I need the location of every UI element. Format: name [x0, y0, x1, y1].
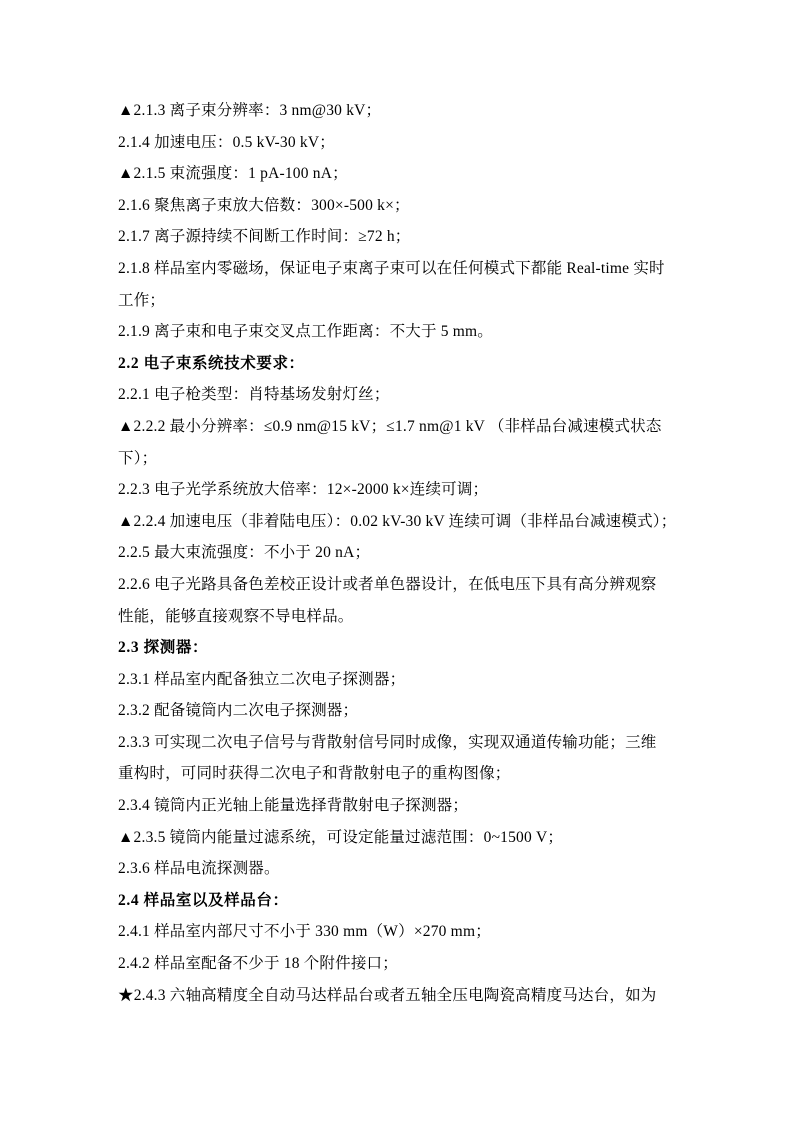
- text-line: 2.1.9 离子束和电子束交叉点工作距离：不大于 5 mm。: [118, 316, 680, 348]
- spec-item: ▲2.1.3 离子束分辨率：3 nm@30 kV；: [118, 95, 680, 127]
- spec-item: 2.3.2 配备镜筒内二次电子探测器；: [118, 695, 680, 727]
- text-line: 性能，能够直接观察不导电样品。: [118, 601, 680, 633]
- spec-item: ▲2.3.5 镜筒内能量过滤系统，可设定能量过滤范围：0~1500 V；: [118, 822, 680, 854]
- text-line: 2.1.4 加速电压：0.5 kV-30 kV；: [118, 127, 680, 159]
- spec-item: 2.4.1 样品室内部尺寸不小于 330 mm（W）×270 mm；: [118, 916, 680, 948]
- spec-item: 2.2.6 电子光路具备色差校正设计或者单色器设计，在低电压下具有高分辨观察性能…: [118, 569, 680, 632]
- text-line: 2.2.5 最大束流强度：不小于 20 nA；: [118, 537, 680, 569]
- spec-item: ▲2.2.4 加速电压（非着陆电压）：0.02 kV-30 kV 连续可调（非样…: [118, 506, 680, 538]
- text-line: 2.4.1 样品室内部尺寸不小于 330 mm（W）×270 mm；: [118, 916, 680, 948]
- spec-item: 2.4.2 样品室配备不少于 18 个附件接口；: [118, 948, 680, 980]
- text-line: 2.3.1 样品室内配备独立二次电子探测器；: [118, 664, 680, 696]
- section-heading: 2.3 探测器：: [118, 632, 680, 664]
- text-line: 2.4 样品室以及样品台：: [118, 885, 680, 917]
- text-line: 2.2.1 电子枪类型：肖特基场发射灯丝；: [118, 379, 680, 411]
- spec-item: 2.2.1 电子枪类型：肖特基场发射灯丝；: [118, 379, 680, 411]
- text-line: 下）；: [118, 443, 680, 475]
- text-line: 2.1.8 样品室内零磁场，保证电子束离子束可以在任何模式下都能 Real-ti…: [118, 253, 680, 285]
- spec-item: 2.3.1 样品室内配备独立二次电子探测器；: [118, 664, 680, 696]
- spec-item: 2.1.4 加速电压：0.5 kV-30 kV；: [118, 127, 680, 159]
- text-line: 2.1.6 聚焦离子束放大倍数：300×-500 k×；: [118, 190, 680, 222]
- text-line: 2.4.2 样品室配备不少于 18 个附件接口；: [118, 948, 680, 980]
- text-line: 2.3.2 配备镜筒内二次电子探测器；: [118, 695, 680, 727]
- spec-item: 2.3.3 可实现二次电子信号与背散射信号同时成像，实现双通道传输功能；三维重构…: [118, 727, 680, 790]
- spec-item: 2.1.7 离子源持续不间断工作时间：≥72 h；: [118, 221, 680, 253]
- spec-item: ▲2.2.2 最小分辨率：≤0.9 nm@15 kV；≤1.7 nm@1 kV …: [118, 411, 680, 474]
- document-content: ▲2.1.3 离子束分辨率：3 nm@30 kV；2.1.4 加速电压：0.5 …: [118, 95, 680, 1011]
- spec-item: 2.1.8 样品室内零磁场，保证电子束离子束可以在任何模式下都能 Real-ti…: [118, 253, 680, 316]
- text-line: ▲2.1.3 离子束分辨率：3 nm@30 kV；: [118, 95, 680, 127]
- spec-item: 2.2.3 电子光学系统放大倍率：12×-2000 k×连续可调；: [118, 474, 680, 506]
- section-heading: 2.2 电子束系统技术要求：: [118, 348, 680, 380]
- spec-item: 2.3.6 样品电流探测器。: [118, 853, 680, 885]
- spec-item: 2.2.5 最大束流强度：不小于 20 nA；: [118, 537, 680, 569]
- text-line: ▲2.1.5 束流强度：1 pA-100 nA；: [118, 158, 680, 190]
- section-heading: 2.4 样品室以及样品台：: [118, 885, 680, 917]
- text-line: ★2.4.3 六轴高精度全自动马达样品台或者五轴全压电陶瓷高精度马达台，如为: [118, 980, 680, 1012]
- text-line: ▲2.2.4 加速电压（非着陆电压）：0.02 kV-30 kV 连续可调（非样…: [118, 506, 680, 538]
- text-line: 2.2.6 电子光路具备色差校正设计或者单色器设计，在低电压下具有高分辨观察: [118, 569, 680, 601]
- text-line: ▲2.2.2 最小分辨率：≤0.9 nm@15 kV；≤1.7 nm@1 kV …: [118, 411, 680, 443]
- spec-item: ★2.4.3 六轴高精度全自动马达样品台或者五轴全压电陶瓷高精度马达台，如为: [118, 980, 680, 1012]
- text-line: 2.3 探测器：: [118, 632, 680, 664]
- spec-item: 2.1.6 聚焦离子束放大倍数：300×-500 k×；: [118, 190, 680, 222]
- text-line: 2.1.7 离子源持续不间断工作时间：≥72 h；: [118, 221, 680, 253]
- spec-item: ▲2.1.5 束流强度：1 pA-100 nA；: [118, 158, 680, 190]
- text-line: 2.3.4 镜筒内正光轴上能量选择背散射电子探测器；: [118, 790, 680, 822]
- text-line: 工作；: [118, 285, 680, 317]
- text-line: 2.2 电子束系统技术要求：: [118, 348, 680, 380]
- text-line: 重构时，可同时获得二次电子和背散射电子的重构图像；: [118, 758, 680, 790]
- text-line: 2.3.6 样品电流探测器。: [118, 853, 680, 885]
- document-page: ▲2.1.3 离子束分辨率：3 nm@30 kV；2.1.4 加速电压：0.5 …: [0, 0, 793, 1122]
- text-line: ▲2.3.5 镜筒内能量过滤系统，可设定能量过滤范围：0~1500 V；: [118, 822, 680, 854]
- text-line: 2.3.3 可实现二次电子信号与背散射信号同时成像，实现双通道传输功能；三维: [118, 727, 680, 759]
- spec-item: 2.1.9 离子束和电子束交叉点工作距离：不大于 5 mm。: [118, 316, 680, 348]
- spec-item: 2.3.4 镜筒内正光轴上能量选择背散射电子探测器；: [118, 790, 680, 822]
- text-line: 2.2.3 电子光学系统放大倍率：12×-2000 k×连续可调；: [118, 474, 680, 506]
